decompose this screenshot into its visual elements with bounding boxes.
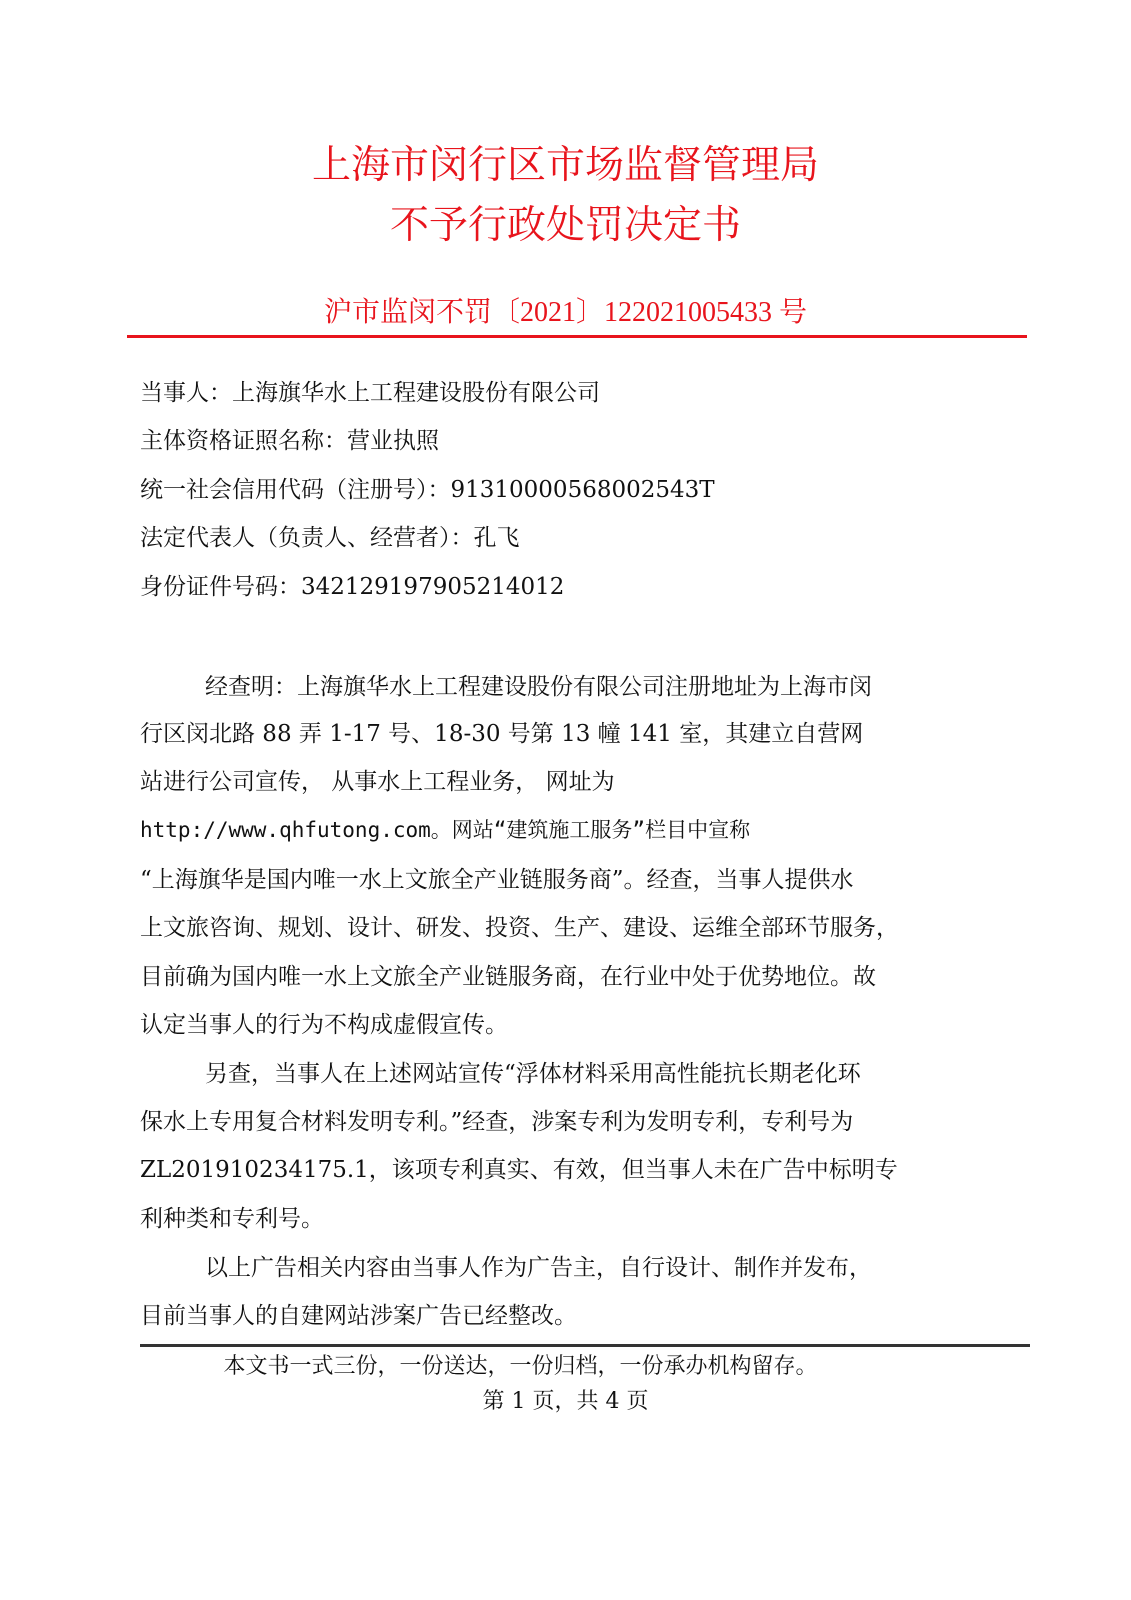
body-line: 目前当事人的自建网站涉案广告已经整改。 xyxy=(140,1301,577,1331)
body-line-url: http://www.qhfutong.com。网站“建筑施工服务”栏目中宣称 xyxy=(140,815,750,845)
document-number: 沪市监闵不罚〔2021〕122021005433 号 xyxy=(0,290,1131,330)
credit-code-row: 统一社会信用代码（注册号）：91310000568002543T xyxy=(140,475,715,505)
party-name-row: 当事人：上海旗华水上工程建设股份有限公司 xyxy=(140,378,600,408)
legal-representative-row: 法定代表人（负责人、经营者）：孔飞 xyxy=(140,523,520,553)
body-line: “上海旗华是国内唯一水上文旅全产业链服务商”。经查，当事人提供水 xyxy=(140,865,854,895)
body-line: 站进行公司宣传， 从事水上工程业务， 网址为 xyxy=(140,767,615,797)
copies-note: 本文书一式三份，一份送达，一份归档，一份承办机构留存。 xyxy=(0,1349,1086,1380)
license-name-row: 主体资格证照名称：营业执照 xyxy=(140,426,439,456)
body-line: 目前确为国内唯一水上文旅全产业链服务商，在行业中处于优势地位。故 xyxy=(140,962,876,992)
body-line: 以上广告相关内容由当事人作为广告主，自行设计、制作并发布， xyxy=(205,1253,872,1283)
body-line: 认定当事人的行为不构成虚假宣传。 xyxy=(140,1010,508,1040)
id-number-value: 342129197905214012 xyxy=(301,574,564,600)
legal-representative-value: 孔飞 xyxy=(474,525,520,551)
credit-code-label: 统一社会信用代码（注册号）： xyxy=(140,477,451,503)
footer-divider xyxy=(140,1344,1030,1347)
issuing-authority-title: 上海市闵行区市场监督管理局 xyxy=(0,134,1131,190)
license-name-value: 营业执照 xyxy=(347,428,439,454)
credit-code-value: 91310000568002543T xyxy=(451,477,715,503)
body-line: 上文旅咨询、规划、设计、研发、投资、生产、建设、运维全部环节服务， xyxy=(140,913,899,943)
page-indicator: 第 1 页，共 4 页 xyxy=(0,1384,1131,1415)
body-line: 行区闵北路 88 弄 1-17 号、18-30 号第 13 幢 141 室，其建… xyxy=(140,719,863,749)
body-line: 经查明：上海旗华水上工程建设股份有限公司注册地址为上海市闵 xyxy=(205,672,872,702)
body-line: 利种类和专利号。 xyxy=(140,1204,324,1234)
body-line: 保水上专用复合材料发明专利。”经查，涉案专利为发明专利，专利号为 xyxy=(140,1107,853,1137)
id-number-row: 身份证件号码：342129197905214012 xyxy=(140,572,564,602)
party-name-value: 上海旗华水上工程建设股份有限公司 xyxy=(232,380,600,406)
body-line: 另查，当事人在上述网站宣传“浮体材料采用高性能抗长期老化环 xyxy=(205,1059,861,1089)
party-name-label: 当事人： xyxy=(140,380,232,406)
red-divider xyxy=(127,335,1027,338)
license-name-label: 主体资格证照名称： xyxy=(140,428,347,454)
legal-representative-label: 法定代表人（负责人、经营者）： xyxy=(140,525,474,551)
id-number-label: 身份证件号码： xyxy=(140,574,301,600)
body-line: ZL201910234175.1，该项专利真实、有效，但当事人未在广告中标明专 xyxy=(140,1155,898,1185)
document-type-title: 不予行政处罚决定书 xyxy=(0,194,1131,250)
